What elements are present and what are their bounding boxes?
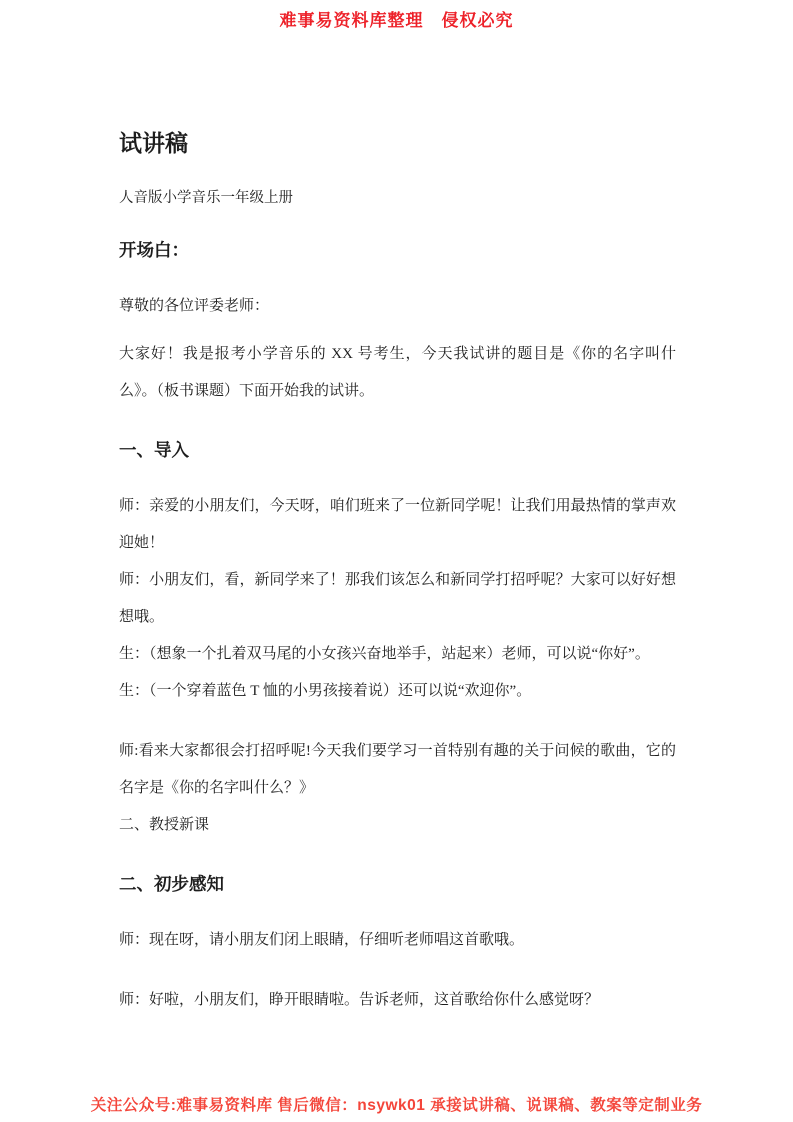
paragraph-student-line-1: 生：（想象一个扎着双马尾的小女孩兴奋地举手，站起来）老师，可以说“你好”。: [119, 636, 676, 673]
paragraph-teacher-feeling-question: 师：好啦，小朋友们，睁开眼睛啦。告诉老师，这首歌给你什么感觉呀？: [119, 982, 676, 1019]
section-heading-lead-in: 一、导入: [119, 436, 676, 464]
section-heading-first-perception: 二、初步感知: [119, 870, 676, 898]
paragraph-new-lesson-label: 二、教授新课: [119, 807, 676, 844]
section-heading-opening: 开场白：: [119, 236, 676, 264]
header-watermark-notice: 难事易资料库整理 侵权必究: [0, 10, 793, 32]
document-subtitle: 人音版小学音乐一年级上册: [119, 186, 676, 210]
paragraph-teacher-line-2: 师：小朋友们，看，新同学来了！那我们该怎么和新同学打招呼呢？大家可以好好想想哦。: [119, 562, 676, 636]
paragraph-student-line-2: 生：（一个穿着蓝色 T 恤的小男孩接着说）还可以说“欢迎你”。: [119, 673, 676, 710]
paragraph-teacher-line-1: 师：亲爱的小朋友们，今天呀，咱们班来了一位新同学呢！让我们用最热情的掌声欢迎她！: [119, 488, 676, 562]
document-body: 试讲稿 人音版小学音乐一年级上册 开场白： 尊敬的各位评委老师： 大家好！我是报…: [119, 126, 676, 1019]
paragraph-teacher-summary: 师:看来大家都很会打招呼呢!今天我们要学习一首特别有趣的关于问候的歌曲，它的名字…: [119, 733, 676, 807]
paragraph-self-introduction: 大家好！我是报考小学音乐的 XX 号考生，今天我试讲的题目是《你的名字叫什么》。…: [119, 336, 676, 410]
document-page: 难事易资料库整理 侵权必究 试讲稿 人音版小学音乐一年级上册 开场白： 尊敬的各…: [0, 0, 793, 1122]
paragraph-greeting-judges: 尊敬的各位评委老师：: [119, 288, 676, 325]
document-title: 试讲稿: [119, 126, 676, 160]
paragraph-teacher-listen: 师：现在呀，请小朋友们闭上眼睛，仔细听老师唱这首歌哦。: [119, 922, 676, 959]
footer-contact-notice: 关注公众号:难事易资料库 售后微信：nsywk01 承接试讲稿、说课稿、教案等定…: [0, 1096, 793, 1116]
